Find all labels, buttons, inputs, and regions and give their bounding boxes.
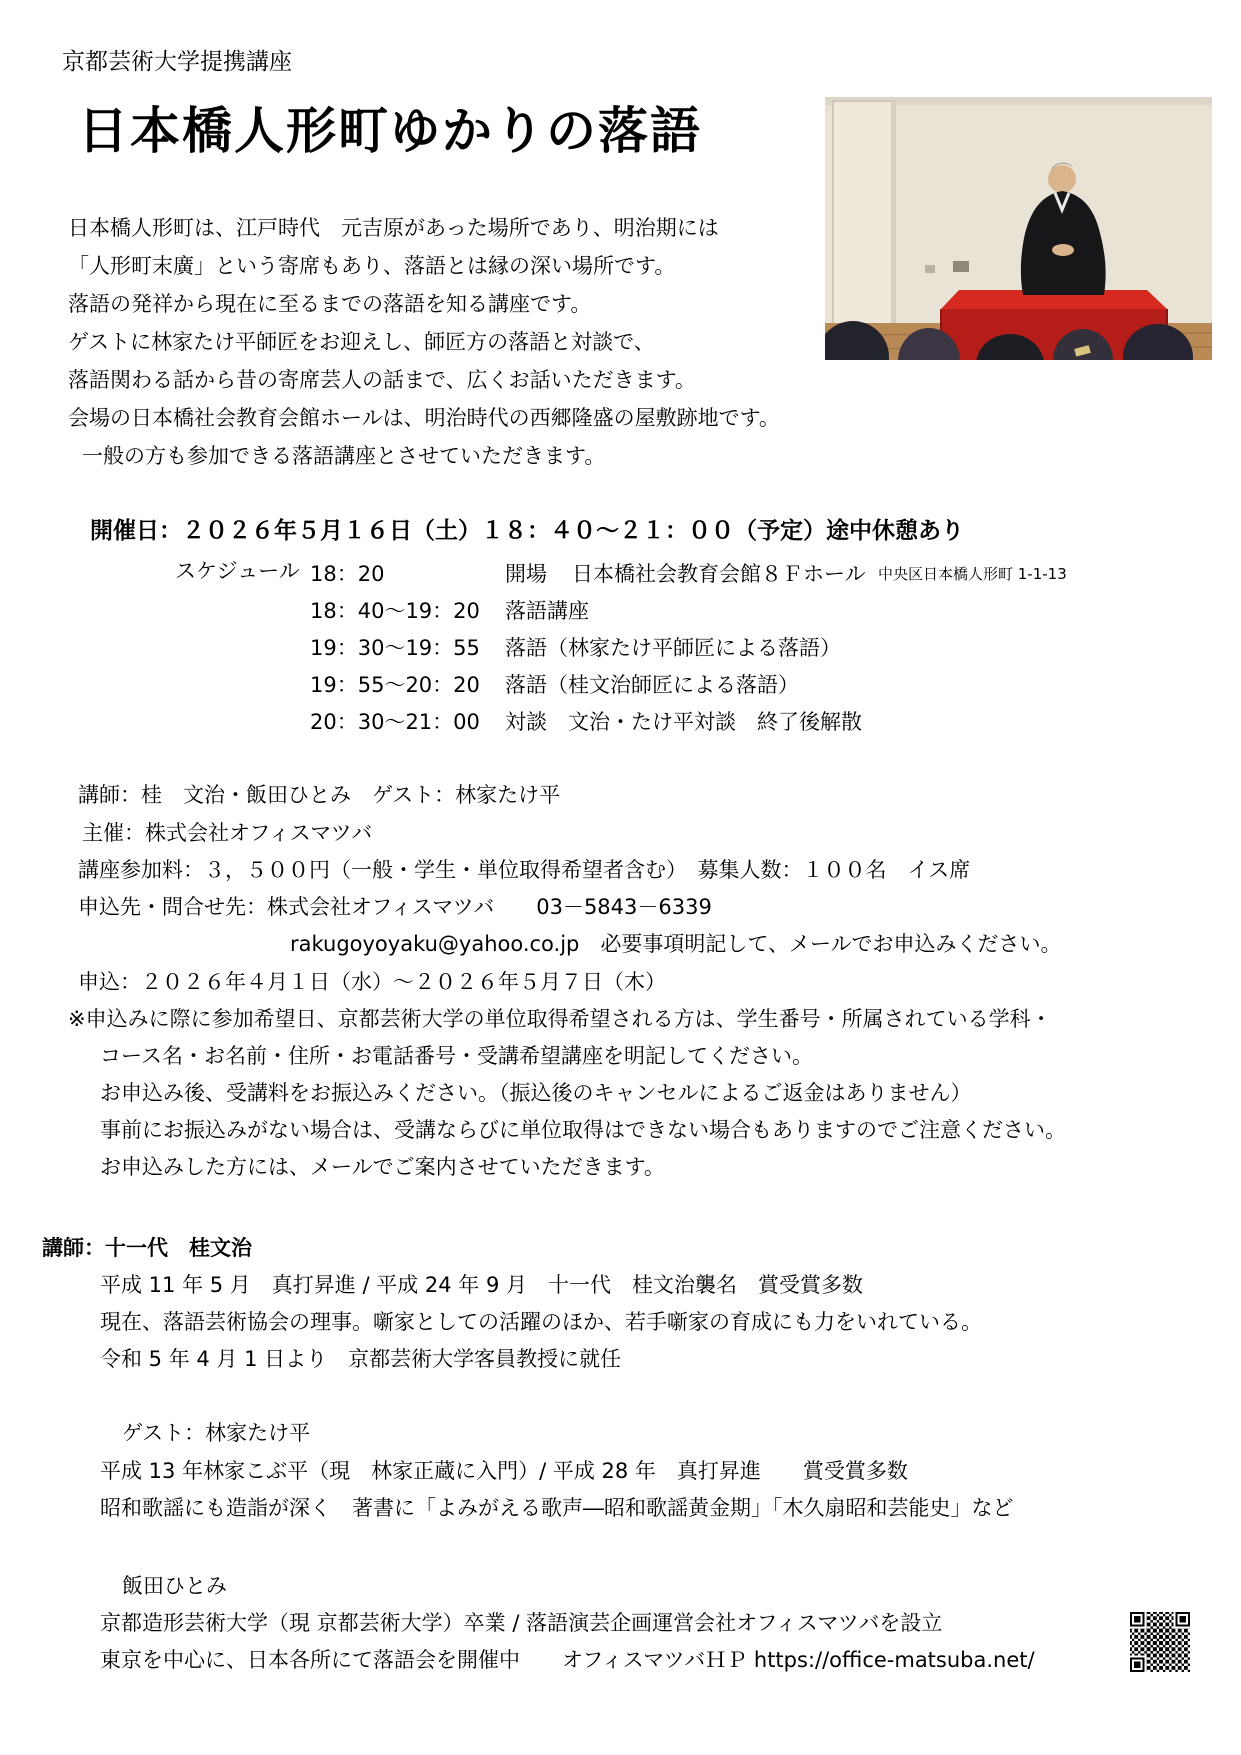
profile-heading-bunji: 講師：十一代 桂文治 bbox=[42, 1235, 252, 1261]
intro-line: 「人形町末廣」という寄席もあり、落語とは縁の深い場所です。 bbox=[68, 253, 675, 279]
profile-line: 平成 13 年林家こぶ平（現 林家正蔵に入門）/ 平成 28 年 真打昇進 賞受… bbox=[100, 1458, 908, 1484]
event-photo bbox=[825, 57, 1212, 320]
event-date-line: 開催日：２０２６年５月１６日（土）１８：４０～２１：００（予定）途中休憩あり bbox=[90, 517, 964, 546]
schedule-venue: 日本橋社会教育会館８Ｆホール bbox=[572, 558, 866, 588]
schedule-row: 19：30～19：55 落語（林家たけ平師匠による落語） bbox=[0, 632, 1241, 662]
schedule-time: 18：20 bbox=[310, 558, 384, 588]
schedule-row: 18：20 開場 日本橋社会教育会館８Ｆホール 中央区日本橋人形町 1-1-13 bbox=[0, 558, 1241, 588]
note-line: お申込み後、受講料をお振込みください。（振込後のキャンセルによるご返金はありませ… bbox=[100, 1080, 972, 1106]
schedule-time: 19：55～20：20 bbox=[310, 669, 480, 699]
profile-line: 昭和歌謡にも造詣が深く 著書に「よみがえる歌声―昭和歌謡黄金期」「木久扇昭和芸能… bbox=[100, 1495, 1014, 1521]
profile-heading-takehei: ゲスト：林家たけ平 bbox=[122, 1420, 310, 1446]
flyer-page: 京都芸術大学提携講座 日本橋人形町ゆかりの落語 bbox=[0, 0, 1241, 1755]
fee-line: 講座参加料：３，５００円（一般・学生・単位取得希望者含む） 募集人数：１００名 … bbox=[78, 857, 970, 883]
profile-line: 現在、落語芸術協会の理事。噺家としての活躍のほか、若手噺家の育成にも力をいれてい… bbox=[100, 1309, 982, 1335]
schedule-row: 20：30～21：00 対談 文治・たけ平対談 終了後解散 bbox=[0, 706, 1241, 736]
schedule-address: 中央区日本橋人形町 1-1-13 bbox=[878, 563, 1067, 584]
apply-period-line: 申込：２０２６年４月１日（水）～２０２６年５月７日（木） bbox=[78, 969, 666, 995]
note-line: お申込みした方には、メールでご案内させていただきます。 bbox=[100, 1154, 665, 1180]
schedule-desc: 落語（桂文治師匠による落語） bbox=[505, 669, 799, 699]
profile-line: 東京を中心に、日本各所にて落語会を開催中 オフィスマツバＨＰ https://o… bbox=[100, 1647, 1035, 1673]
lecturers-line: 講師：桂 文治・飯田ひとみ ゲスト：林家たけ平 bbox=[78, 782, 560, 808]
schedule-desc: 開場 bbox=[505, 558, 547, 588]
intro-line: 日本橋人形町は、江戸時代 元吉原があった場所であり、明治期には bbox=[68, 215, 719, 241]
schedule-time: 18：40～19：20 bbox=[310, 595, 480, 625]
profile-line: 平成 11 年 5 月 真打昇進 / 平成 24 年 9 月 十一代 桂文治襲名… bbox=[100, 1272, 863, 1298]
schedule-time: 20：30～21：00 bbox=[310, 706, 480, 736]
schedule-row: 18：40～19：20 落語講座 bbox=[0, 595, 1241, 625]
intro-line: 落語関わる話から昔の寄席芸人の話まで、広くお話いただきます。 bbox=[68, 367, 696, 393]
organizer-line: 主催：株式会社オフィスマツバ bbox=[82, 820, 372, 846]
qr-code bbox=[1130, 1572, 1190, 1632]
course-label: 京都芸術大学提携講座 bbox=[62, 48, 292, 77]
intro-line: 落語の発祥から現在に至るまでの落語を知る講座です。 bbox=[68, 291, 591, 317]
schedule-time: 19：30～19：55 bbox=[310, 632, 480, 662]
email-line: rakugoyoyaku@yahoo.co.jp 必要事項明記して、メールでお申… bbox=[290, 931, 1062, 957]
profile-heading-iida: 飯田ひとみ bbox=[122, 1573, 227, 1599]
qr-code-graphic bbox=[1130, 1612, 1190, 1672]
schedule-desc: 落語講座 bbox=[505, 595, 589, 625]
note-line: コース名・お名前・住所・お電話番号・受講希望講座を明記してください。 bbox=[100, 1043, 813, 1069]
intro-line: 会場の日本橋社会教育会館ホールは、明治時代の西郷隆盛の屋敷跡地です。 bbox=[68, 405, 780, 431]
event-photo-graphic bbox=[825, 97, 1212, 360]
intro-line: ゲストに林家たけ平師匠をお迎えし、師匠方の落語と対談で、 bbox=[68, 329, 655, 355]
note-line: ※申込みに際に参加希望日、京都芸術大学の単位取得希望される方は、学生番号・所属さ… bbox=[68, 1006, 1052, 1032]
profile-line: 令和 5 年 4 月 1 日より 京都芸術大学客員教授に就任 bbox=[100, 1346, 621, 1372]
schedule-desc: 落語（林家たけ平師匠による落語） bbox=[505, 632, 841, 662]
intro-line: 一般の方も参加できる落語講座とさせていただきます。 bbox=[82, 443, 605, 469]
schedule-row: 19：55～20：20 落語（桂文治師匠による落語） bbox=[0, 669, 1241, 699]
page-title: 日本橋人形町ゆかりの落語 bbox=[78, 100, 702, 163]
schedule-desc: 対談 文治・たけ平対談 終了後解散 bbox=[505, 706, 862, 736]
profile-line: 京都造形芸術大学（現 京都芸術大学）卒業 / 落語演芸企画運営会社オフィスマツバ… bbox=[100, 1610, 942, 1636]
contact-line: 申込先・問合せ先：株式会社オフィスマツバ 03－5843－6339 bbox=[78, 894, 712, 920]
note-line: 事前にお振込みがない場合は、受講ならびに単位取得はできない場合もありますのでご注… bbox=[100, 1117, 1066, 1143]
